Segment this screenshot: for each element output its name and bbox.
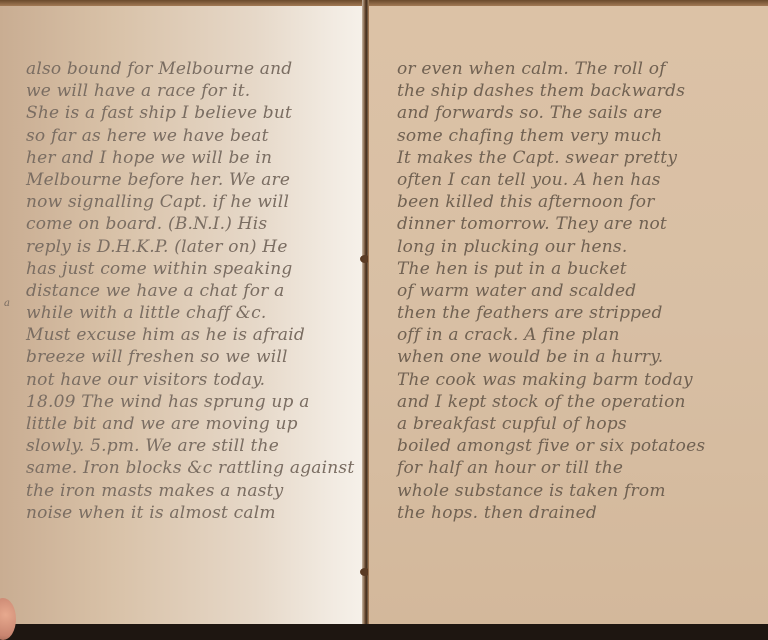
handwritten-line: little bit and we are moving up [26, 413, 356, 435]
handwritten-line: often I can tell you. A hen has [397, 169, 758, 191]
handwritten-line: come on board. (B.N.I.) His [26, 213, 356, 235]
handwritten-line: for half an hour or till the [397, 457, 758, 479]
handwritten-line: also bound for Melbourne and [26, 58, 356, 80]
handwritten-line: 18.09 The wind has sprung up a [26, 391, 356, 413]
handwritten-line: been killed this afternoon for [397, 191, 758, 213]
handwritten-line: Melbourne before her. We are [26, 169, 356, 191]
handwritten-line: or even when calm. The roll of [397, 58, 758, 80]
handwritten-line: her and I hope we will be in [26, 147, 356, 169]
handwritten-line: off in a crack. A fine plan [397, 324, 758, 346]
handwritten-line: some chafing them very much [397, 125, 758, 147]
handwritten-line: distance we have a chat for a [26, 280, 356, 302]
handwritten-line: boiled amongst five or six potatoes [397, 435, 758, 457]
notebook-bottom-shadow [0, 624, 768, 640]
handwritten-line: has just come within speaking [26, 258, 356, 280]
handwritten-line: then the feathers are stripped [397, 302, 758, 324]
left-page: also bound for Melbourne and we will hav… [0, 6, 364, 626]
handwritten-line: Must excuse him as he is afraid [26, 324, 356, 346]
handwritten-line: reply is D.H.K.P. (later on) He [26, 236, 356, 258]
handwritten-line: when one would be in a hurry. [397, 346, 758, 368]
handwritten-line: the hops. then drained [397, 502, 758, 524]
handwritten-line: a breakfast cupful of hops [397, 413, 758, 435]
handwritten-line: the iron masts makes a nasty [26, 480, 356, 502]
handwritten-line: She is a fast ship I believe but [26, 102, 356, 124]
handwritten-line: noise when it is almost calm [26, 502, 356, 524]
handwritten-line: we will have a race for it. [26, 80, 356, 102]
handwritten-line: and forwards so. The sails are [397, 102, 758, 124]
margin-note: a [4, 298, 10, 309]
handwritten-line: The cook was making barm today [397, 369, 758, 391]
handwritten-line: and I kept stock of the operation [397, 391, 758, 413]
handwritten-line: of warm water and scalded [397, 280, 758, 302]
handwritten-line: The hen is put in a bucket [397, 258, 758, 280]
handwritten-line: same. Iron blocks &c rattling against [26, 457, 356, 479]
handwritten-line: not have our visitors today. [26, 369, 356, 391]
handwritten-line: now signalling Capt. if he will [26, 191, 356, 213]
handwritten-line: the ship dashes them backwards [397, 80, 758, 102]
handwritten-line: breeze will freshen so we will [26, 346, 356, 368]
handwritten-line: dinner tomorrow. They are not [397, 213, 758, 235]
right-page: or even when calm. The roll of the ship … [368, 6, 768, 626]
handwritten-line: so far as here we have beat [26, 125, 356, 147]
handwritten-line: whole substance is taken from [397, 480, 758, 502]
handwritten-line: while with a little chaff &c. [26, 302, 356, 324]
handwritten-line: long in plucking our hens. [397, 236, 758, 258]
handwritten-line: slowly. 5.pm. We are still the [26, 435, 356, 457]
handwritten-line: It makes the Capt. swear pretty [397, 147, 758, 169]
